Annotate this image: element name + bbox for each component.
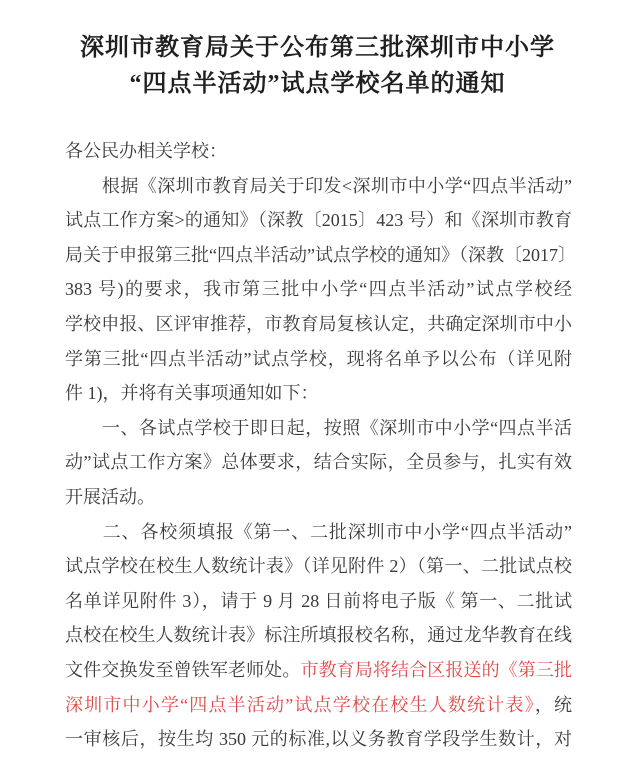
text-line: 试点学校在校生人数统计表》（详见附件 2）（第一、二批试点校 [65,549,572,584]
notice-document-page: 深圳市教育局关于公布第三批深圳市中小学 “四点半活动”试点学校名单的通知 各公民… [0,0,635,767]
text-run: 二、各校须填报《第一、二批深圳市中小学“四点半活动” [65,522,572,542]
text-line: 局关于申报第三批“四点半活动”试点学校的通知》（深教〔2017〕 [65,238,572,273]
text-line: 383 号)的要求，我市第三批中小学“四点半活动”试点学校经 [65,272,572,307]
text-line: 各公民办相关学校： [65,134,572,169]
text-line: 深圳市中小学“四点半活动”试点学校在校生人数统计表》，统 [65,688,572,723]
text-run: 名单详见附件 3），请于 9 月 28 日前将电子版《 第一、二批试 [65,591,572,611]
text-line: 名单详见附件 3），请于 9 月 28 日前将电子版《 第一、二批试 [65,584,572,619]
text-run: 学校申报、区评审推荐，市教育局复核认定，共确定深圳市中小 [65,314,572,334]
text-run: 局关于申报第三批“四点半活动”试点学校的通知》（深教〔2017〕 [65,245,576,265]
text-line: 一审核后，按生均 350 元的标准,以义务教育学段学生数计，对 [65,722,572,757]
text-line: 件 1)，并将有关事项通知如下： [65,376,572,411]
text-line: 学第三批“四点半活动”试点学校，现将名单予以公布（详见附 [65,342,572,377]
text-run: 开展活动。 [65,487,155,507]
text-run: 一审核后，按生均 350 元的标准,以义务教育学段学生数计，对 [65,729,572,749]
text-run: 各公民办相关学校： [65,141,227,161]
text-run: 试点学校在校生人数统计表》（详见附件 2）（第一、二批试点校 [65,556,572,576]
text-run: 383 号)的要求，我市第三批中小学“四点半活动”试点学校经 [65,279,572,299]
text-run: ，统 [535,695,572,715]
text-line: 文件交换发至曾铁军老师处。市教育局将结合区报送的《第三批 [65,653,572,688]
text-line: 一、各试点学校于即日起，按照《深圳市中小学“四点半活 [65,411,572,446]
text-run: 件 1)，并将有关事项通知如下： [65,383,319,403]
highlighted-text-run: 市教育局将结合区报送的《第三批 [300,660,572,680]
document-title: 深圳市教育局关于公布第三批深圳市中小学 “四点半活动”试点学校名单的通知 [28,30,607,102]
title-line-2: “四点半活动”试点学校名单的通知 [28,66,607,102]
text-run: 根据《深圳市教育局关于印发<深圳市中小学“四点半活动” [65,176,572,196]
text-line: 开展活动。 [65,480,572,515]
text-line: 二、各校须填报《第一、二批深圳市中小学“四点半活动” [65,515,572,550]
text-run: 试点工作方案>的通知》（深教〔2015〕423 号）和《深圳市教育 [65,210,572,230]
text-line: 根据《深圳市教育局关于印发<深圳市中小学“四点半活动” [65,169,572,204]
text-run: 文件交换发至曾铁军老师处。 [65,660,300,680]
text-run: 一、各试点学校于即日起，按照《深圳市中小学“四点半活 [65,418,572,438]
text-run: 动”试点工作方案》总体要求，结合实际，全员参与，扎实有效 [65,452,572,472]
highlighted-text-run: 深圳市中小学“四点半活动”试点学校在校生人数统计表》 [65,695,535,715]
text-line: 动”试点工作方案》总体要求，结合实际，全员参与，扎实有效 [65,445,572,480]
document-body: 各公民办相关学校： 根据《深圳市教育局关于印发<深圳市中小学“四点半活动”试点工… [65,134,572,757]
text-line: 点校在校生人数统计表》标注所填报校名称，通过龙华教育在线 [65,618,572,653]
title-line-1: 深圳市教育局关于公布第三批深圳市中小学 [28,30,607,66]
text-line: 学校申报、区评审推荐，市教育局复核认定，共确定深圳市中小 [65,307,572,342]
text-run: 学第三批“四点半活动”试点学校，现将名单予以公布（详见附 [65,349,572,369]
text-run: 点校在校生人数统计表》标注所填报校名称，通过龙华教育在线 [65,625,572,645]
text-line: 试点工作方案>的通知》（深教〔2015〕423 号）和《深圳市教育 [65,203,572,238]
